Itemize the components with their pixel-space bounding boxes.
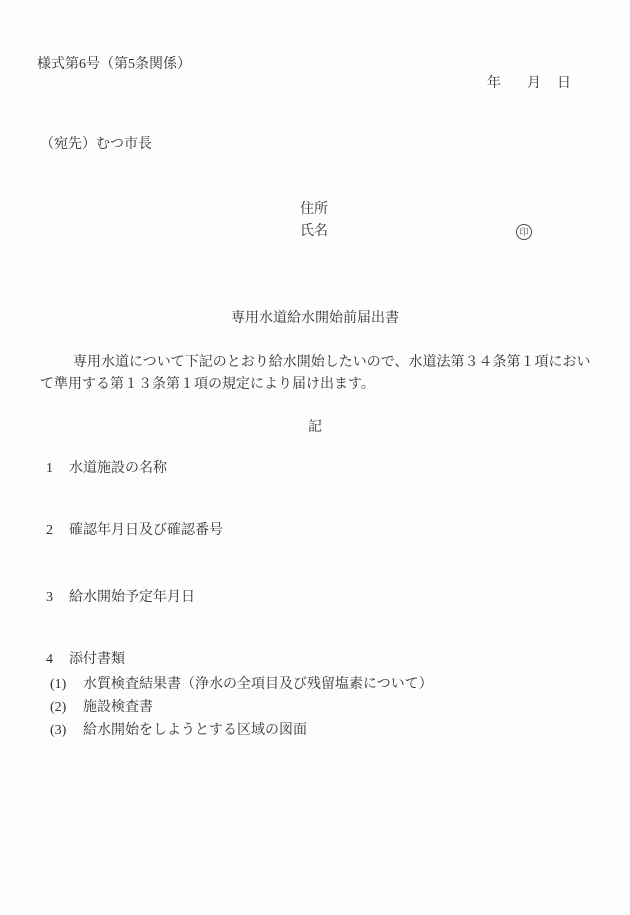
list-item-label: 水道施設の名称 (69, 461, 167, 476)
date-year-label: 年 (487, 76, 501, 93)
record-marker: 記 (0, 420, 630, 437)
body-paragraph-line-1: 専用水道について下記のとおり給水開始したいので、水道法第３４条第１項におい (73, 355, 590, 372)
seal-character: 印 (519, 228, 528, 237)
attachment-item-number: (2) (50, 700, 83, 717)
list-item-supply-start-date: 3給水開始予定年月日 (46, 590, 195, 607)
attachment-item-facility-inspection: (2)施設検査書 (50, 700, 153, 717)
attachment-item-number: (1) (50, 677, 83, 694)
attachment-item-label: 施設検査書 (83, 700, 153, 715)
list-item-attachments: 4添付書類 (46, 652, 125, 669)
list-item-label: 確認年月日及び確認番号 (69, 523, 223, 538)
form-number: 様式第6号（第5条関係） (37, 57, 191, 74)
date-month-label: 月 (527, 76, 541, 93)
list-item-number: 3 (46, 590, 69, 607)
body-paragraph-line-2: て準用する第１３条第１項の規定により届け出ます。 (40, 377, 375, 394)
attachment-item-label: 水質検査結果書（浄水の全項目及び残留塩素について） (83, 677, 433, 692)
list-item-confirmation-date-number: 2確認年月日及び確認番号 (46, 523, 223, 540)
attachment-item-label: 給水開始をしようとする区域の図面 (83, 723, 307, 738)
attachment-item-number: (3) (50, 723, 83, 740)
addressee: （宛先）むつ市長 (40, 137, 152, 154)
sender-address-label: 住所 (300, 202, 328, 219)
list-item-number: 1 (46, 461, 69, 478)
document-title: 専用水道給水開始前届出書 (0, 311, 630, 328)
list-item-label: 給水開始予定年月日 (69, 590, 195, 605)
attachment-item-water-quality-report: (1)水質検査結果書（浄水の全項目及び残留塩素について） (50, 677, 433, 694)
list-item-number: 4 (46, 652, 69, 669)
list-item-label: 添付書類 (69, 652, 125, 667)
date-line: 年 月 日 (0, 76, 630, 94)
list-item-number: 2 (46, 523, 69, 540)
list-item-facility-name: 1水道施設の名称 (46, 461, 167, 478)
attachment-item-area-drawing: (3)給水開始をしようとする区域の図面 (50, 723, 307, 740)
seal-icon: 印 (516, 224, 532, 240)
date-day-label: 日 (557, 76, 571, 93)
document-page: 様式第6号（第5条関係） 年 月 日 （宛先）むつ市長 住所 氏名 印 専用水道… (0, 0, 630, 915)
sender-name-label: 氏名 (300, 224, 328, 241)
